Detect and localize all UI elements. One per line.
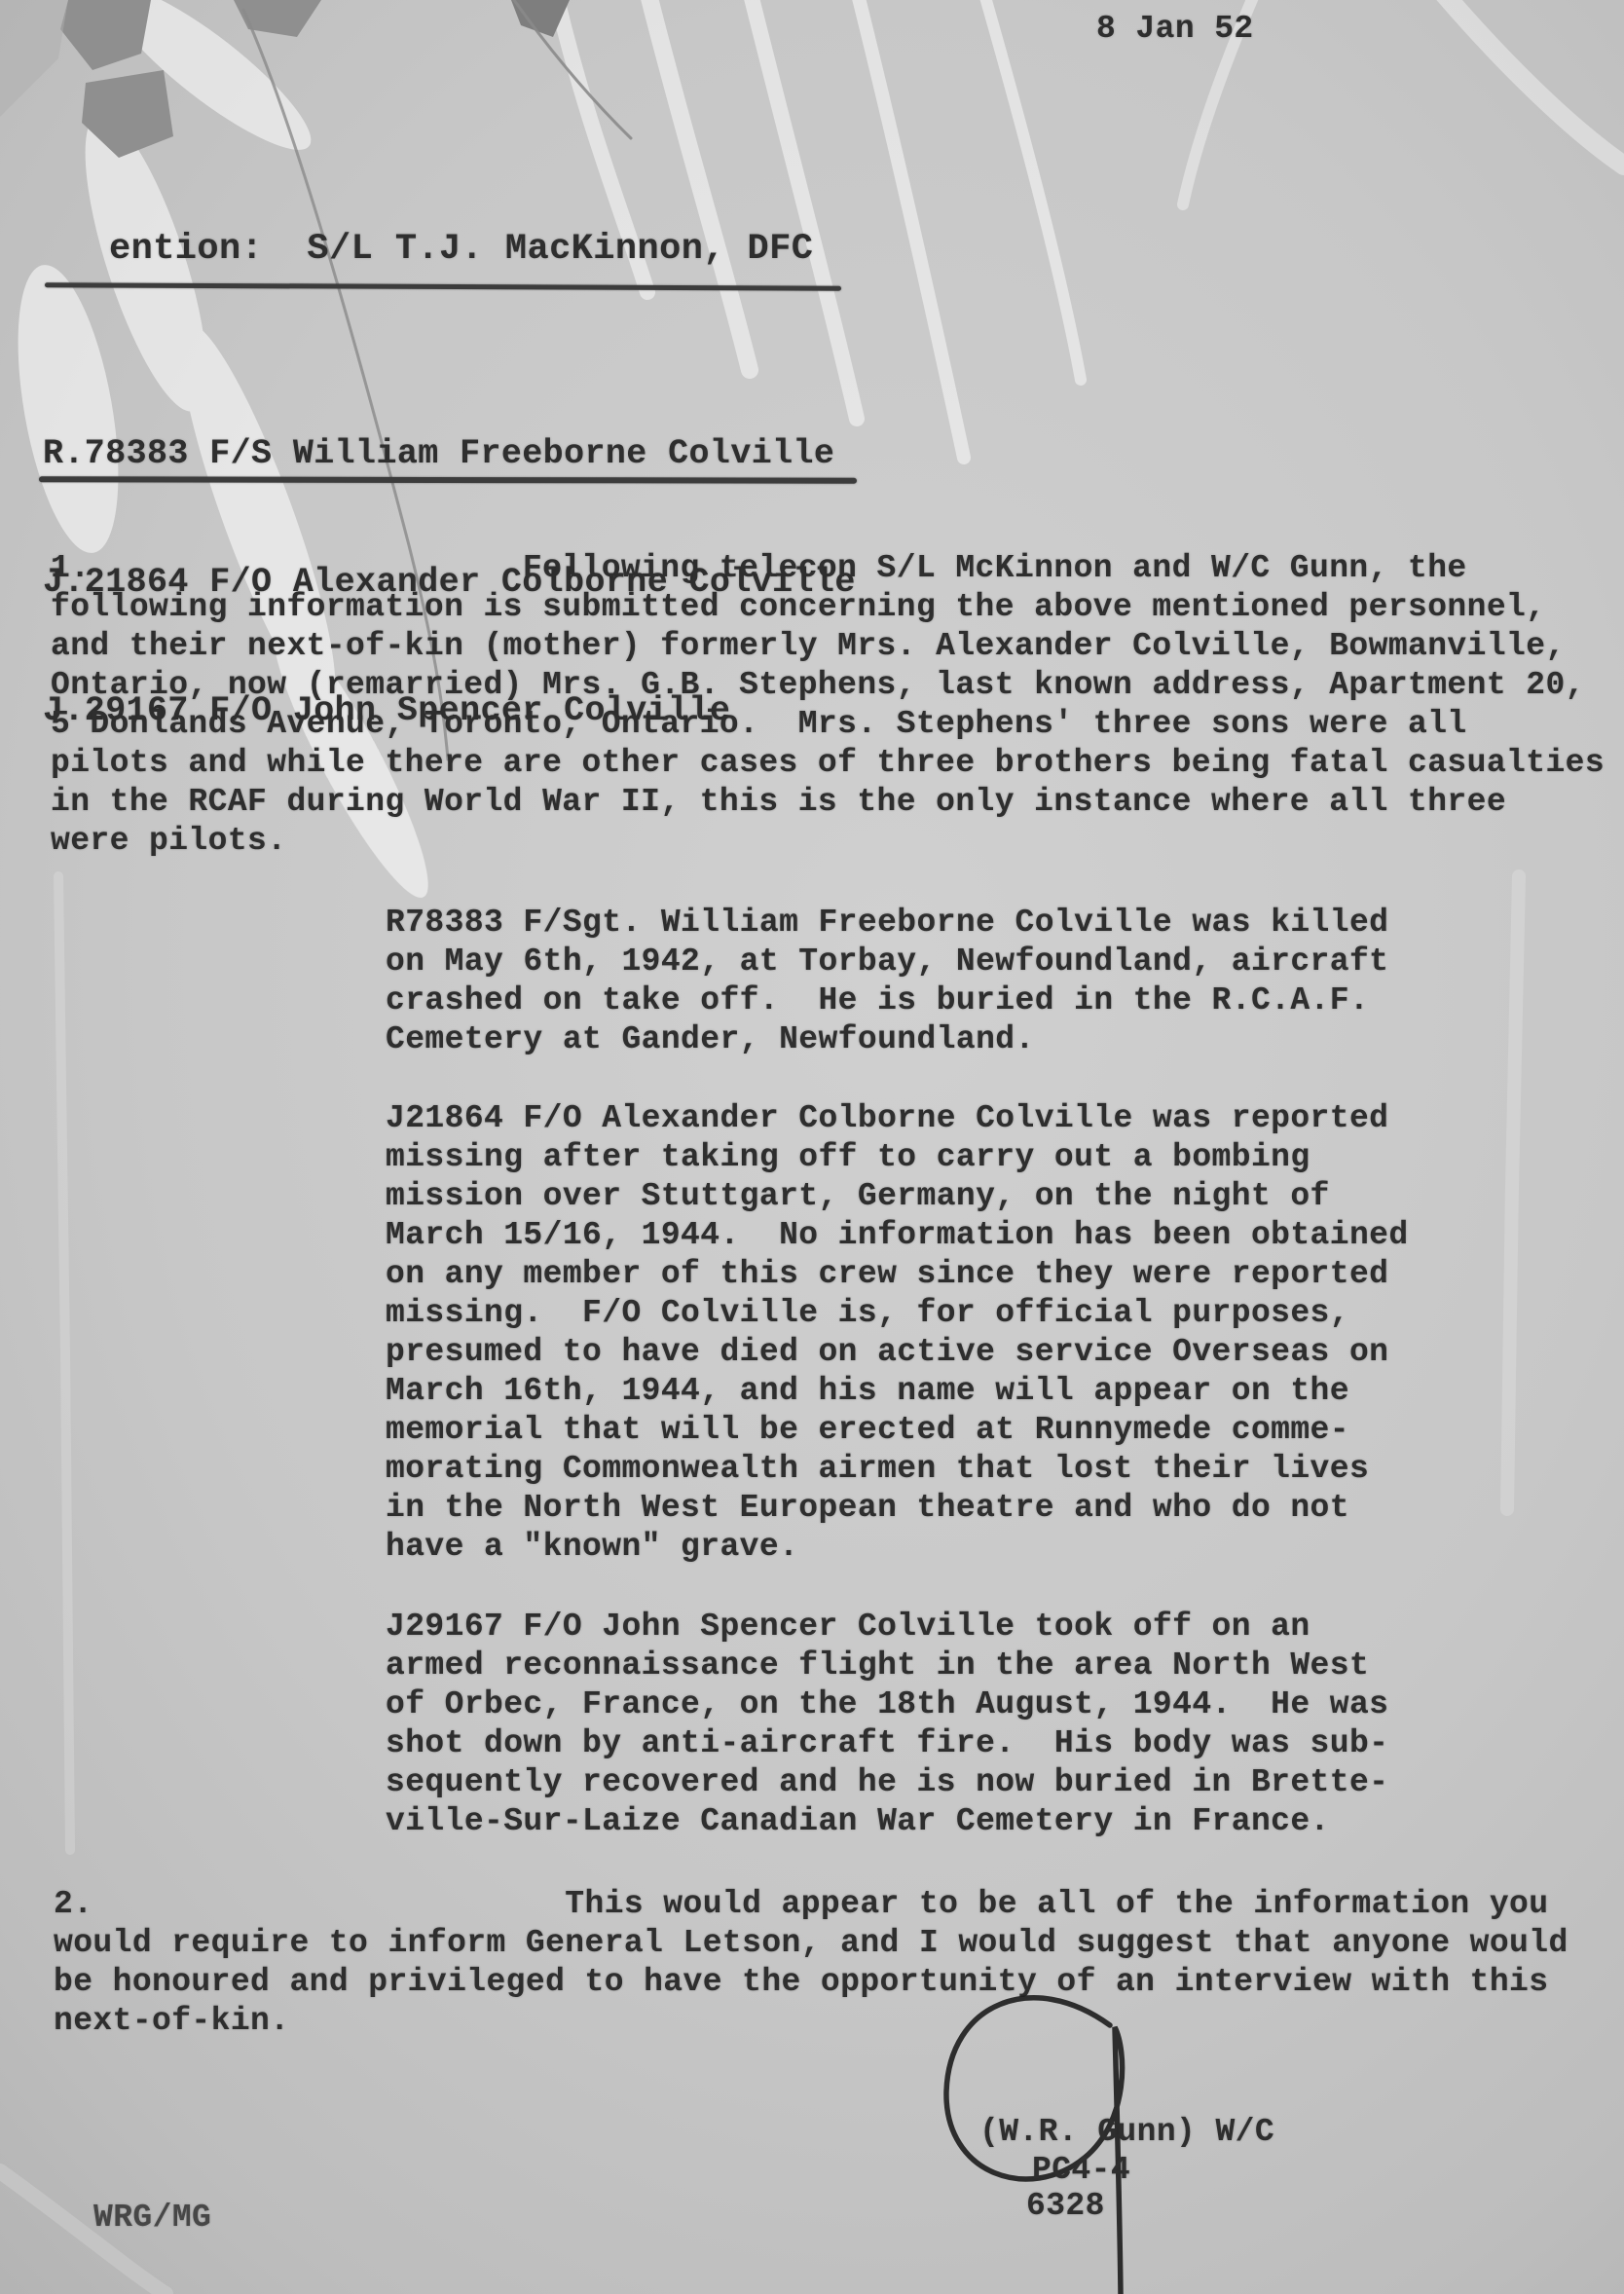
- signatory-ref-2: 6328: [1026, 2187, 1105, 2226]
- signatory-ref-1: PC4-4: [1032, 2151, 1130, 2190]
- paragraph-2: 2. This would appear to be all of the in…: [54, 1885, 1569, 2041]
- paragraph-john: J29167 F/O John Spencer Colville took of…: [386, 1608, 1388, 1841]
- scanned-letter-page: 8 Jan 52 ention: S/L T.J. MacKinnon, DFC…: [0, 0, 1624, 2294]
- paragraph-1: 1. Following telecon S/L McKinnon and W/…: [51, 549, 1605, 861]
- attention-line: ention: S/L T.J. MacKinnon, DFC: [109, 228, 813, 271]
- signatory-name: (W.R. Gunn) W/C: [979, 2113, 1274, 2152]
- paragraph-william: R78383 F/Sgt. William Freeborne Colville…: [386, 904, 1388, 1059]
- date-stamp: 8 Jan 52: [1096, 10, 1254, 49]
- subject-name-1: R.78383 F/S William Freeborne Colville: [43, 432, 856, 475]
- paragraph-alexander: J21864 F/O Alexander Colborne Colville w…: [386, 1099, 1409, 1567]
- attention-underline: [45, 282, 841, 291]
- footer-initials: WRG/MG: [93, 2199, 211, 2238]
